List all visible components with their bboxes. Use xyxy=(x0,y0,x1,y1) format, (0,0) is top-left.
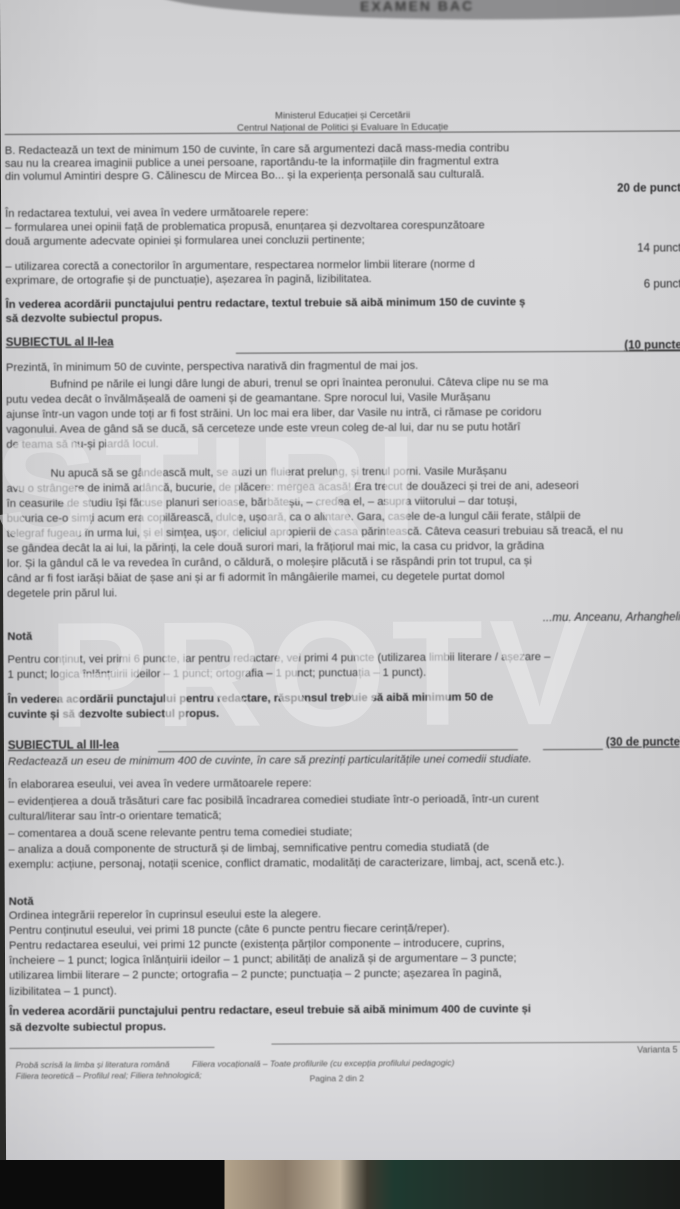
subject2-note-line: cuvinte și să dezvolte subiectul propus. xyxy=(8,707,219,722)
footer-filiera-voc: Filiera vocațională – Toate profilurile … xyxy=(192,1058,454,1069)
subject1b-criterion: exprimare, de ortografie și de punctuați… xyxy=(5,272,371,288)
variant-label: Varianta 5 xyxy=(637,1044,677,1054)
subject3-note-line: lizibilitatea – 1 punct). xyxy=(9,984,117,999)
subject3-criteria-intro: În elaborarea eseului, vei avea în veder… xyxy=(8,776,312,792)
subject2-points: (10 puncte xyxy=(624,339,680,351)
subject3-prompt: Redactează un eseu de minimum 400 de cuv… xyxy=(8,752,532,769)
passage-line: bucuria ce-o simți acum era copilărească… xyxy=(7,509,581,526)
subject3-note-line: Pentru conținutul eseului, vei primi 18 … xyxy=(9,922,450,938)
subject3-criterion: – analiza a două componente de structură… xyxy=(8,840,489,857)
subject2-prompt: Prezintă, în minimum 50 de cuvinte, pers… xyxy=(6,359,418,375)
subject2-note-line: 1 punct; logica înlănțuirii ideilor – 1 … xyxy=(7,666,426,682)
subject3-note-line: încheiere – 1 punct; logica înlănțuirii … xyxy=(9,951,517,968)
subject3-note-title: Notă xyxy=(9,895,34,909)
subject3-criterion: – evidențierea a două trăsături care fac… xyxy=(8,792,539,809)
background-surface xyxy=(0,1160,680,1209)
passage-line: ajunse într-un vagon unde toți ar fi fos… xyxy=(6,405,541,422)
subject3-note-line: utilizarea limbii literare – 2 puncte; o… xyxy=(9,966,502,983)
subject1b-criterion: două argumente adecvate opiniei și formu… xyxy=(5,233,365,249)
passage-line: în ceasurile de studiu își făcuse planur… xyxy=(7,494,518,511)
subject1b-note-line: să dezvolte subiectul propus. xyxy=(6,311,163,326)
passage-line: degetele prin părul lui. xyxy=(7,586,117,601)
footer-line2: Filiera teoretică – Profilul real; Filie… xyxy=(16,1070,202,1081)
subject1b-line: din volumul Amintiri despre G. Călinescu… xyxy=(5,167,485,184)
footer-rule-right xyxy=(271,1041,680,1044)
subject1b-criterion: – formularea unei opinii față de problem… xyxy=(5,218,485,235)
passage-line: lor. Și la gândul că le va revedea în cu… xyxy=(7,554,532,571)
subject1b-points: 20 de punct xyxy=(617,182,680,194)
passage-line: de teama să nu-și piardă locul. xyxy=(6,437,158,452)
subject2-note-line: Pentru conținut, vei primi 6 puncte, iar… xyxy=(7,650,550,667)
passage-line: Bufnind pe nările ei lungi dâre lungi de… xyxy=(50,375,548,392)
subject1b-note-line: În vederea acordării punctajului pentru … xyxy=(6,295,526,312)
previous-page-fold: EXAMEN BAC xyxy=(150,0,680,21)
previous-page-text: EXAMEN BAC xyxy=(360,0,474,14)
subject3-criterion: exemplu: acțiune, personaj, notații scen… xyxy=(8,855,564,872)
subject3-criterion: cultural/literar sau într-o orientare te… xyxy=(8,809,221,824)
passage-line: când ar fi fost iarăși băiat de șase ani… xyxy=(7,569,505,586)
subject2-note-line: În vederea acordării punctajului pentru … xyxy=(8,690,494,707)
subject3-points: (30 de puncte) xyxy=(606,736,680,748)
footer-line1: Probă scrisă la limba și literatura româ… xyxy=(16,1058,455,1070)
subject3-note-line: Pentru redactarea eseului, vei primi 12 … xyxy=(9,936,505,953)
subject2-title: SUBIECTUL al II-lea xyxy=(6,336,114,349)
subject1b-criterion-points: 6 punct xyxy=(644,278,680,290)
subject3-criterion: – comentarea a două scene relevante pent… xyxy=(8,825,352,841)
subject3-title: SUBIECTUL al III-lea xyxy=(8,739,119,752)
subject3-note-line: În vederea acordării punctajului pentru … xyxy=(9,1002,531,1019)
passage-line: putu vedea decât o învălmășeală de oamen… xyxy=(6,390,490,407)
exam-paper-sheet: EXAMEN BAC Ministerul Educației și Cerce… xyxy=(0,0,680,1175)
footer-exam-name: Probă scrisă la limba și literatura româ… xyxy=(16,1059,170,1070)
subject2-note-title: Notă xyxy=(7,630,32,644)
passage-line: vagonului. Avea de gând să se ducă, să c… xyxy=(6,420,520,437)
passage-source: ...mu, Anceanu, Arhanghelii xyxy=(543,611,680,624)
subject2-rule xyxy=(236,350,680,353)
footer-rule-left xyxy=(9,1047,214,1049)
passage-line: Nu apucă să se gândească mult, se auzi u… xyxy=(50,464,506,480)
subject1b-criterion: – utilizarea corectă a conectorilor în a… xyxy=(5,258,475,274)
subject3-note-line: să dezvolte subiectul propus. xyxy=(9,1020,166,1035)
passage-line: se gândea decât la ai lui, la părinți, l… xyxy=(7,539,544,556)
subject3-rule-right xyxy=(543,749,603,750)
subject1b-criterion-points: 14 punct xyxy=(637,242,680,254)
page-number: Pagina 2 din 2 xyxy=(310,1073,364,1083)
subject3-note-line: Ordinea integrării reperelor în cuprinsu… xyxy=(9,907,321,923)
